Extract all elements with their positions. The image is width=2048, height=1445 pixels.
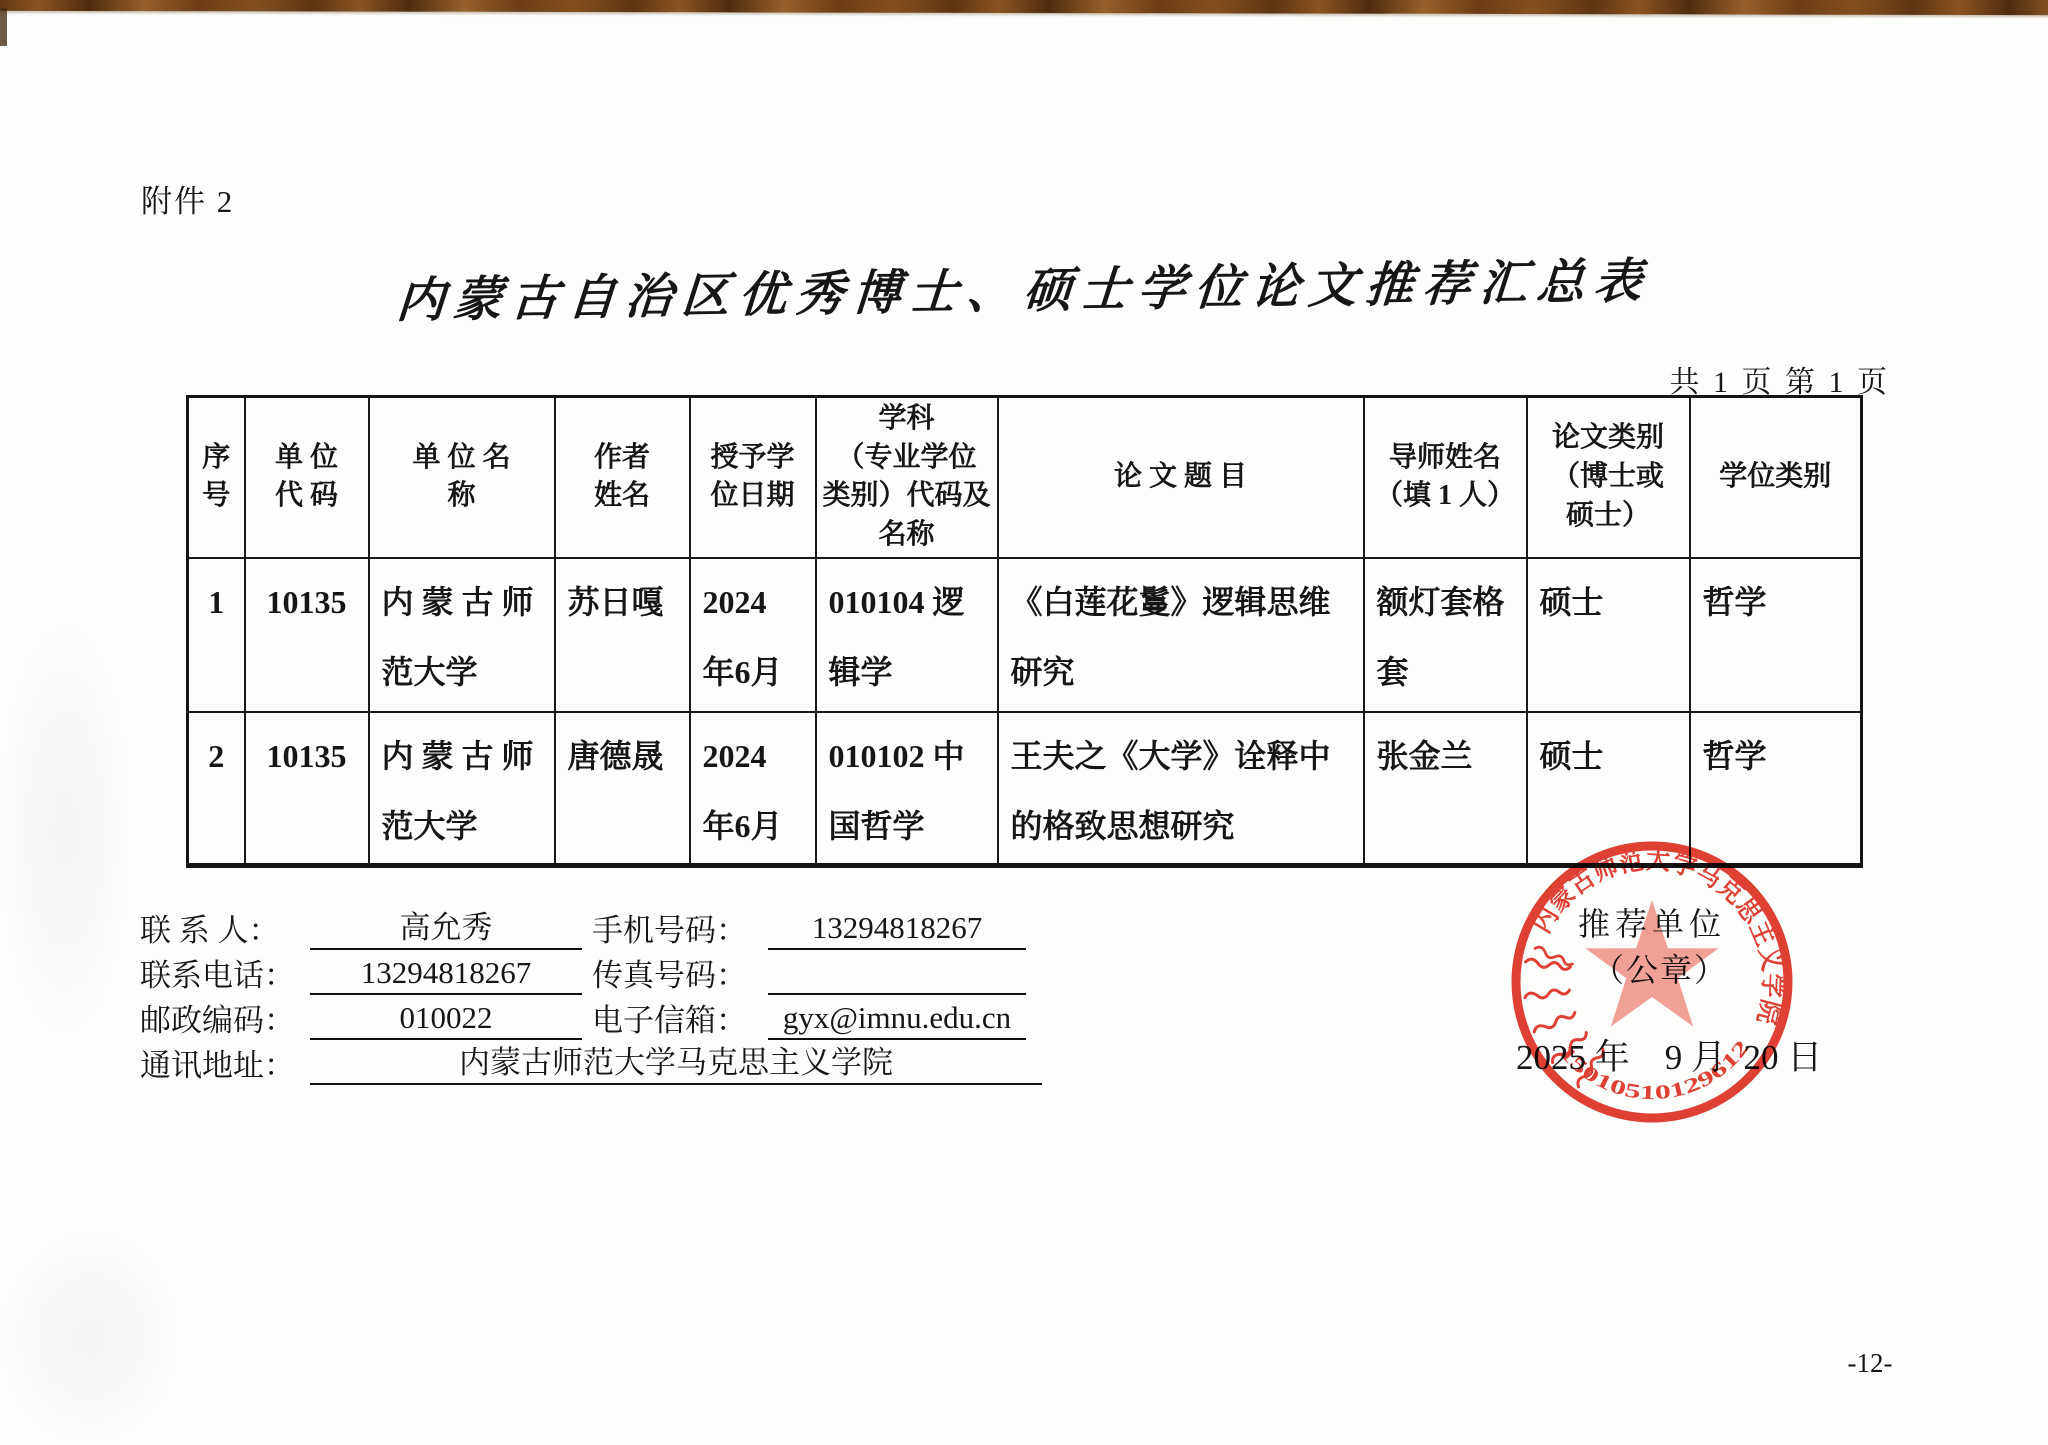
table-header-row: 序 号 单 位 代 码 单 位 名 称 作者 姓名 授予学 位日期 学科 （专业… [188,397,1862,558]
fax-label: 传真号码： [592,950,768,995]
attachment-label: 附件 2 [141,176,234,221]
cell-discipline-code: 010102 中 国哲学 [816,712,998,866]
cell-unit-name: 内 蒙 古 师 范大学 [369,558,555,712]
header-seq: 序 号 [188,397,245,558]
cell-unit-name: 内 蒙 古 师 范大学 [369,712,555,866]
email-value: gyx@imnu.edu.cn [768,999,1026,1040]
header-degree-type: 学位类别 [1690,397,1862,558]
cell-author: 唐德晟 [555,712,690,866]
scan-smudge [0,620,130,1040]
document-title: 内蒙古自治区优秀博士、硕士学位论文推荐汇总表 [0,236,2048,337]
cell-discipline-code: 010104 逻 辑学 [816,558,998,712]
header-author: 作者 姓名 [555,397,690,558]
postcode-value: 010022 [310,999,582,1040]
header-discipline-code: 学科 （专业学位 类别）代码及 名称 [816,397,998,558]
cell-author: 苏日嘎 [555,558,690,712]
cell-thesis-type: 硕士 [1527,558,1690,712]
postcode-label: 邮政编码： [140,995,310,1040]
cell-seq: 2 [188,712,245,866]
address-label: 通讯地址： [140,1040,310,1085]
stamp-star [1585,900,1718,1027]
phone-label: 联系电话： [140,950,310,995]
address-value: 内蒙古师范大学马克思主义学院 [310,1044,1042,1085]
page-number: -12- [1790,1348,1950,1379]
contact-block: 联 系 人： 高允秀 手机号码： 13294818267 联系电话： 13294… [140,905,1042,1085]
fax-value [768,993,1026,995]
contact-person-value: 高允秀 [310,909,582,950]
contact-person-label: 联 系 人： [140,905,310,950]
cell-supervisor: 额灯套格 套 [1364,558,1527,712]
cell-unit-code: 10135 [245,712,369,866]
header-degree-date: 授予学 位日期 [690,397,816,558]
header-unit-name: 单 位 名 称 [369,397,555,558]
scan-corner-artifact [0,8,7,46]
table-row: 1 10135 内 蒙 古 师 范大学 苏日嘎 2024 年6月 010104 … [188,558,1862,712]
cell-thesis-title: 王夫之《大学》诠释中 的格致思想研究 [998,712,1364,866]
header-supervisor: 导师姓名 （填 1 人） [1364,397,1527,558]
official-red-stamp: 内蒙古师范大学马克思主义学院 15010510129612 [1462,792,1842,1172]
cell-degree-date: 2024 年6月 [690,712,816,866]
cell-degree-date: 2024 年6月 [690,558,816,712]
contact-row: 通讯地址： 内蒙古师范大学马克思主义学院 [140,1040,1042,1085]
cell-degree-type: 哲学 [1690,558,1862,712]
phone-value: 13294818267 [310,954,582,995]
header-thesis-title: 论 文 题 目 [998,397,1364,558]
scan-smudge [0,1230,180,1445]
mobile-label: 手机号码： [592,905,768,950]
header-thesis-type: 论文类别 （博士或 硕士） [1527,397,1690,558]
mobile-value: 13294818267 [768,909,1026,950]
cell-thesis-title: 《白莲花鬘》逻辑思维 研究 [998,558,1364,712]
contact-row: 联系电话： 13294818267 传真号码： [140,950,1042,995]
contact-row: 联 系 人： 高允秀 手机号码： 13294818267 [140,905,1042,950]
cell-seq: 1 [188,558,245,712]
scanned-document-page: 附件 2 内蒙古自治区优秀博士、硕士学位论文推荐汇总表 共 1 页 第 1 页 … [0,0,2048,1445]
contact-row: 邮政编码： 010022 电子信箱： gyx@imnu.edu.cn [140,995,1042,1040]
header-unit-code: 单 位 代 码 [245,397,369,558]
scanner-wood-edge [0,0,2048,15]
email-label: 电子信箱： [592,995,768,1040]
cell-unit-code: 10135 [245,558,369,712]
